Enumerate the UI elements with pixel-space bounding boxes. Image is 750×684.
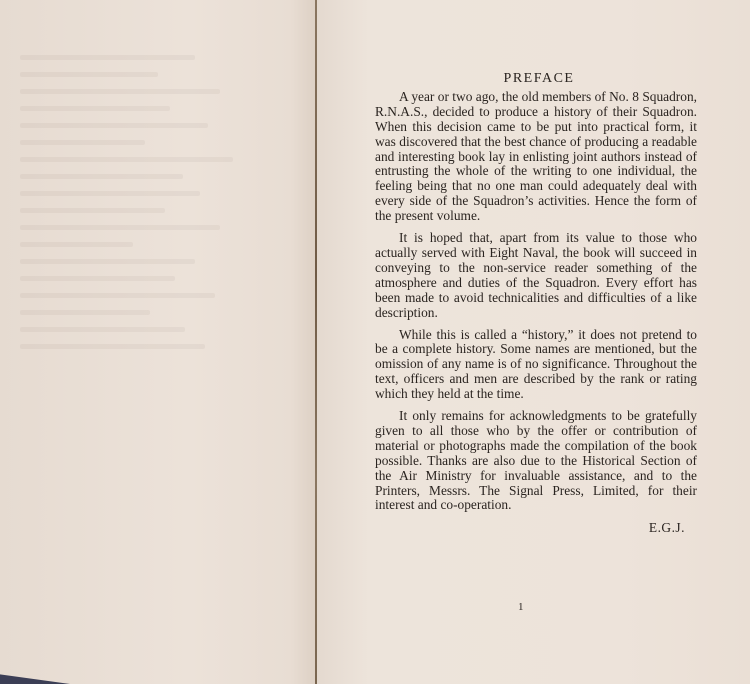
paragraph-3: While this is called a “history,” it doe… (375, 328, 697, 403)
show-through-text (20, 55, 270, 615)
paragraph-2: It is hoped that, apart from its value t… (375, 231, 697, 320)
left-page-blank (0, 0, 316, 684)
paragraph-4: It only remains for acknowledgments to b… (375, 409, 697, 513)
author-initials: E.G.J. (375, 521, 697, 536)
preface-text: PREFACE A year or two ago, the old membe… (375, 72, 697, 536)
paragraph-1: A year or two ago, the old members of No… (375, 90, 697, 224)
page-number: 1 (518, 601, 524, 613)
open-book-spread: PREFACE A year or two ago, the old membe… (0, 0, 750, 684)
page-title: PREFACE (375, 72, 697, 87)
